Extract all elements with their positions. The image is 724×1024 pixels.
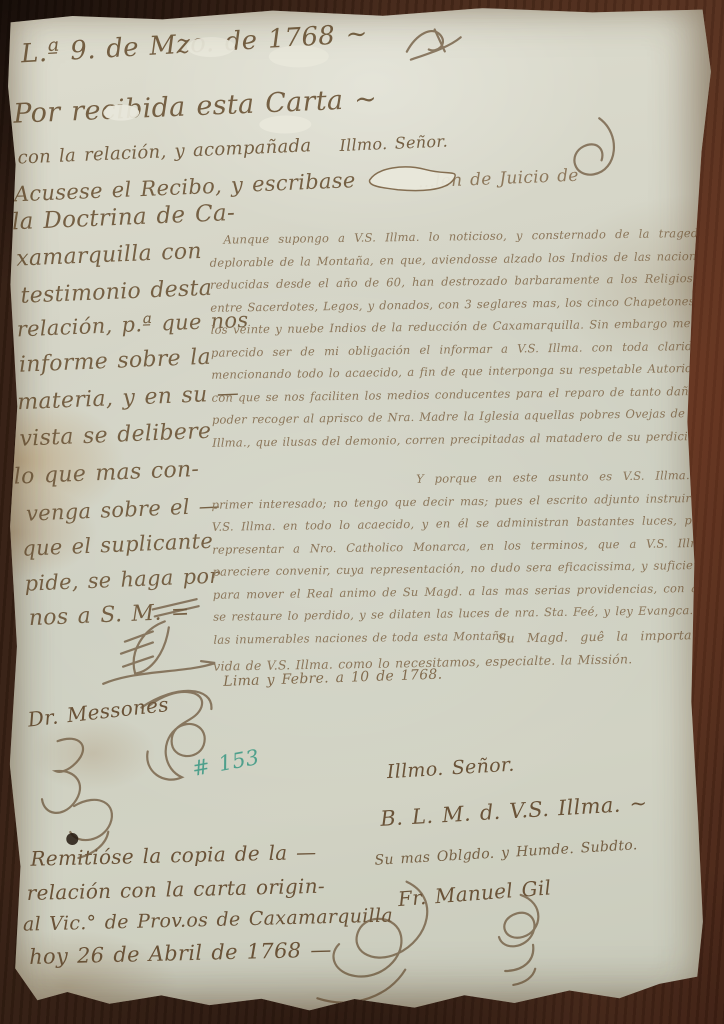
archive-number: # 153 (190, 745, 261, 781)
margin-note-line: testimonio desta (20, 276, 213, 309)
margin-note-line: venga sobre el — (26, 494, 221, 526)
margin-note-line: la Doctrina de Ca- (12, 200, 236, 235)
remission-line: Remitióse la copia de la — (30, 840, 317, 871)
letter-paragraph-1: Aunque supongo a V.S. Illma. lo noticios… (209, 222, 712, 454)
margin-note-line: nos a S. M. = (28, 599, 190, 631)
margin-note-line: que el suplicante (22, 529, 214, 561)
letter-closing: Su Magd. guê la importante vida de V.S. … (213, 623, 714, 678)
letter-paragraph-2: Y porque en este asunto es V.S. Illma. e… (211, 464, 713, 651)
remission-line: al Vic.° de Prov.os de Caxamarquilla (23, 905, 394, 936)
left-signature: Dr. Messones (27, 692, 170, 732)
decree-line-3: Acusese el Recibo, y escribase (13, 168, 356, 206)
remission-line: relación con la carta origin- (26, 874, 325, 905)
margin-note-line: vista se delibere (19, 419, 212, 452)
margin-note-line: informe sobre la (19, 345, 212, 378)
margin-note-line: lo que mas con- (13, 457, 199, 490)
ink-blot (66, 833, 78, 845)
manuscript-page: L.ª 9. de Mzo. de 1768 ~ Por recibida es… (2, 2, 719, 1017)
decree-line-1: Por recibida esta Carta ~ (13, 84, 378, 130)
margin-note-line: pide, se haga por (24, 564, 220, 596)
signer-rubric (499, 895, 539, 985)
margin-note-line: materia, y en su — (17, 381, 240, 415)
decree-line-3b: …len de Juicio de (417, 166, 579, 193)
paraph-loop (574, 118, 614, 175)
margin-note-line: xamarquilla con (16, 239, 203, 272)
photograph-background: L.ª 9. de Mzo. de 1768 ~ Por recibida es… (0, 0, 724, 1024)
top-salutation: Illmo. Señor. (339, 131, 448, 155)
receipt-date-line: L.ª 9. de Mzo. de 1768 ~ (20, 19, 368, 70)
remission-line: hoy 26 de Abril de 1768 — (29, 938, 332, 969)
three-flourish (42, 739, 84, 813)
signer-name: Fr. Manuel Gil (397, 875, 552, 911)
courtesy-line: Su mas Oblgdo. y Humde. Subdto. (374, 837, 638, 869)
blm-line: B. L. M. d. V.S. Illma. ~ (380, 791, 648, 831)
decree-line-2: con la relación, y acompañada (17, 135, 312, 168)
folio-mark (407, 29, 461, 59)
margin-rubric (103, 621, 215, 684)
closing-salutation: Illmo. Señor. (386, 754, 515, 784)
